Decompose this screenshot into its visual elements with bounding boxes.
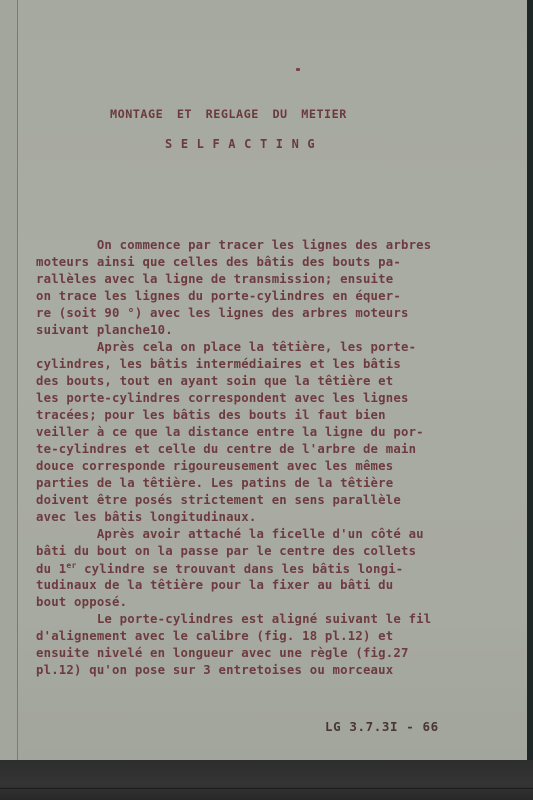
document-title: MONTAGE ET REGLAGE DU METIER (110, 107, 347, 121)
document-reference-footer: LG 3.7.3I - 66 (325, 719, 439, 734)
document-subtitle: SELFACTING (165, 137, 323, 151)
body-line: ensuite nivelé en longueur avec une règl… (36, 646, 409, 660)
body-line: moteurs ainsi que celles des bâtis des b… (36, 255, 401, 269)
photo-scene: MONTAGE ET REGLAGE DU METIER SELFACTING … (0, 0, 533, 800)
body-line: parties de la têtière. Les patins de la … (36, 476, 393, 490)
superscript-ordinal: er (66, 561, 76, 570)
body-line: Après avoir attaché la ficelle d'un côté… (36, 527, 424, 541)
body-line: pl.12) qu'on pose sur 3 entretoises ou m… (36, 663, 393, 677)
body-line: veiller à ce que la distance entre la li… (36, 425, 424, 439)
body-line: douce corresponde rigoureusement avec le… (36, 459, 393, 473)
body-text: cylindre se trouvant dans les bâtis long… (76, 562, 403, 576)
body-line: suivant planche10. (36, 323, 173, 337)
body-line: te-cylindres et celle du centre de l'arb… (36, 442, 416, 456)
body-line: on trace les lignes du porte-cylindres e… (36, 289, 401, 303)
body-line: tracées; pour les bâtis des bouts il fau… (36, 408, 386, 422)
body-line: Après cela on place la têtière, les port… (36, 340, 416, 354)
body-line: bâti du bout on la passe par le centre d… (36, 544, 416, 558)
body-line: d'alignement avec le calibre (fig. 18 pl… (36, 629, 393, 643)
body-line: des bouts, tout en ayant soin que la têt… (36, 374, 393, 388)
body-line: Le porte-cylindres est aligné suivant le… (36, 612, 431, 626)
page-right-shadow (527, 0, 533, 800)
body-line: les porte-cylindres correspondent avec l… (36, 391, 409, 405)
body-line: doivent être posés strictement en sens p… (36, 493, 401, 507)
body-line: On commence par tracer les lignes des ar… (36, 238, 431, 252)
ink-speck (296, 68, 300, 71)
body-line: avec les bâtis longitudinaux. (36, 510, 257, 524)
desk-surface (0, 760, 533, 800)
body-line: du 1er cylindre se trouvant dans les bât… (36, 561, 403, 576)
desk-edge (0, 788, 533, 789)
body-line: tudinaux de la têtière pour la fixer au … (36, 578, 393, 592)
body-text: du 1 (36, 562, 66, 576)
body-line: re (soit 90 °) avec les lignes des arbre… (36, 306, 409, 320)
body-line: bout opposé. (36, 595, 127, 609)
body-line: cylindres, les bâtis intermédiaires et l… (36, 357, 401, 371)
body-line: rallèles avec la ligne de transmission; … (36, 272, 393, 286)
